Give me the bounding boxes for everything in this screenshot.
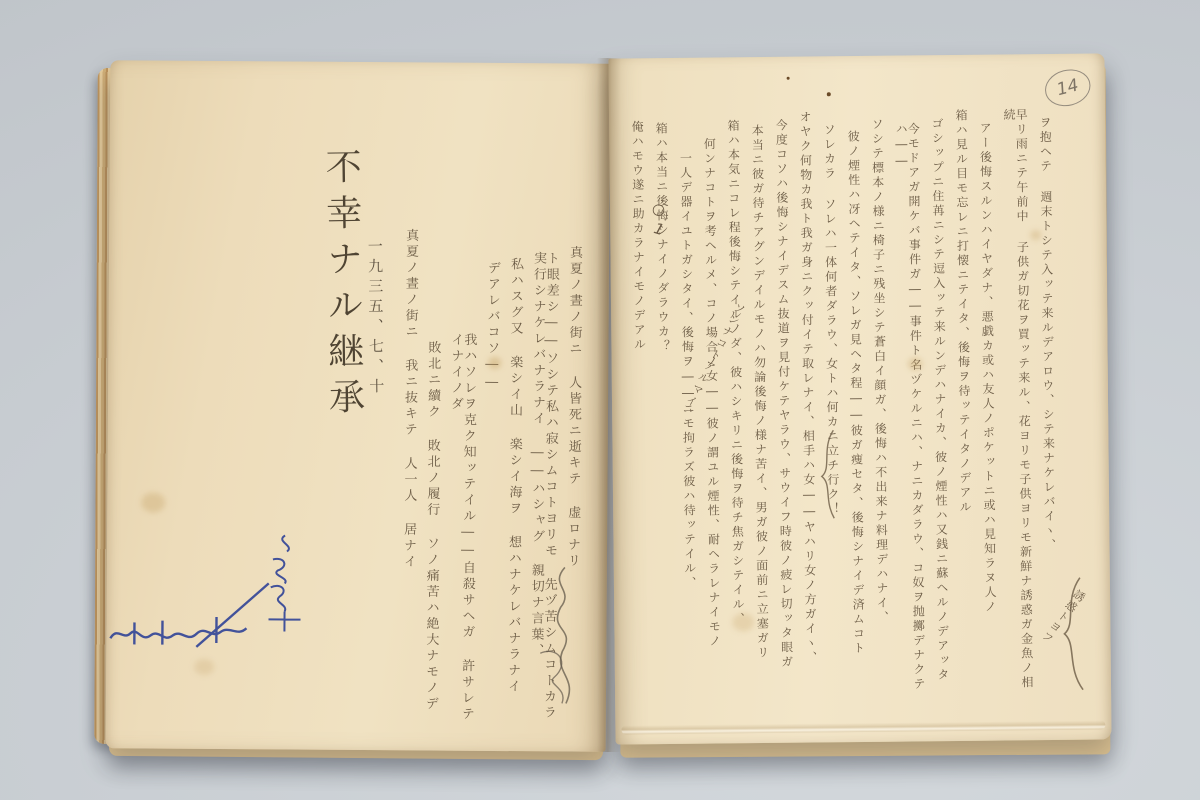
manuscript-title: 不幸ナル継承: [315, 148, 370, 425]
stain: [1030, 230, 1041, 240]
corner-annotation: 誘惑トヨフ: [1018, 576, 1089, 697]
manuscript-column: 我ハソレヲ克ク知ッテイル――自殺サヘガ 許サレテイナイノダ: [447, 229, 476, 723]
manuscript-column: 敗北ニ續ク 敗北ノ履行 ソノ痛苦ハ絶大ナモノデ: [424, 228, 440, 722]
manuscript-date: 一九三五、七、十: [365, 238, 388, 398]
ink-speck: [787, 77, 790, 80]
numeral-mark: 1: [652, 219, 666, 239]
stain: [908, 357, 923, 370]
spine-revision-mark: ○ 1: [652, 200, 665, 238]
manuscript-column: 本当ニ彼ガ待チアグンデイルモノハ勿論後悔ノ様ナ苦イ、男ガ彼ノ面前ニ立塞ガリ: [751, 111, 769, 699]
blue-ink-horizontal-scribble: [96, 576, 307, 663]
stain: [194, 659, 214, 675]
manuscript-column: オヤク何物カ我ト我ガ身ニクッ付イテ取レナイ、相手ハ女――ヤハリ女ノ方ガイヽ、: [799, 110, 817, 698]
manuscript-column: デアレバコソ――: [483, 229, 499, 723]
manuscript-column: 彼ノ煙性ハ冴ヘテイタ、ソレガ見ヘタ程――彼ガ痩セタ、後悔シナイデ済ムコト: [847, 110, 865, 698]
manuscript-column: アー後悔スルンハイヤダナ、悪戯カ或ハ友人ノポケットニ或ハ見知ラヌ人ノ: [979, 109, 997, 697]
photo-background: 不幸ナル継承 一九三五、七、十 真夏ノ晝ノ街ニ 人皆死ニ逝キテ 虚ロナリト眼差シ…: [0, 0, 1200, 800]
manuscript-column: ソレカラ ソレハ一体何者ダラウ、女トハ何カニ立チ行ク！: [823, 110, 841, 698]
manuscript-column: ソシテ標本ノ様ニ椅子ニ残坐シテ蒼白イ顔ガ、後悔ハ不出来ナ料理デハナイ、: [871, 110, 889, 698]
manuscript-column: 箱ハ本気ニコレ程後悔シテイルノダ、彼ハシキリニ後悔ヲ待チ焦ガシテイル、: [727, 111, 745, 699]
ink-speck: [827, 92, 831, 96]
manuscript-column: ゴシップニ住苒ニシテ逗入ッテ来ルンデハナイカ、彼ノ煙性ハ又銭ニ蘇ヘルノデアッタ: [931, 109, 949, 697]
manuscript-column: 何ンナコトヲ考ヘルメ、コノ場合ノ女――彼ノ謂ユル煙性、耐ヘラレナイモノ: [703, 112, 721, 700]
curly-brace-mark: [816, 428, 839, 520]
manuscript-column: 真夏ノ晝ノ街ニ 我ニ抜キテ 人一人 居ナイ: [401, 228, 417, 722]
left-page: 不幸ナル継承 一九三五、七、十 真夏ノ晝ノ街ニ 人皆死ニ逝キテ 虚ロナリト眼差シ…: [106, 60, 611, 751]
circle-mark: ○: [652, 200, 665, 218]
stain: [488, 357, 501, 369]
manuscript-column: 今度コソハ後悔シナイデスム抜道ヲ見付ケテヤラウ、サウイフ時彼ノ疲レ切ッタ眼ガ: [775, 111, 793, 699]
page-number: 14: [1055, 75, 1081, 100]
manuscript-column: 今モドアガ開ケバ事件ガ――事件ト名ヅケルニハ、ナニカダラウ、コ奴ヲ抛擲デナクテハ…: [895, 109, 925, 697]
pencil-signature-scribble: [520, 561, 583, 721]
manuscript-column: 俺ハモウ遂ニ助カラナイモノデアル: [631, 112, 649, 700]
page-number-circle: 14: [1041, 65, 1095, 111]
stain: [141, 492, 165, 512]
manuscript-column: 箱ハ見ル目モ忘レニ打懐ニテイタ、後悔ヲ待ッテイタノデアル: [955, 109, 973, 697]
right-page: 14 ヲ抱ヘテ 週末トシテ入ッテ来ルデアロウ、シテ来ナケレバイヽ、早リ雨ニテ午前…: [608, 53, 1111, 744]
